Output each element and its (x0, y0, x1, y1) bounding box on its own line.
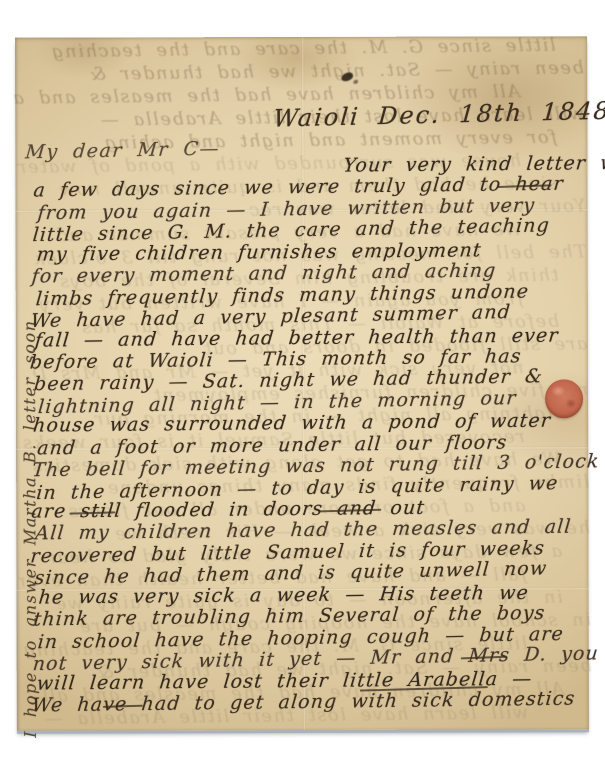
wax-seal (545, 379, 583, 418)
ink-blot (340, 71, 354, 82)
letter-line: We have had to get along with sick domes… (32, 688, 575, 716)
dateline: Waioli Dec. 18th 1848 (272, 97, 605, 133)
bleedthrough-line: been rainy — Sat. night we had thunder & (12, 56, 584, 86)
bleedthrough-line: little since G. M. the care and the teac… (11, 33, 583, 63)
letter-scan: little since G. M. the care and the teac… (0, 0, 605, 771)
ink-blot (353, 79, 359, 84)
letter-page: little since G. M. the care and the teac… (15, 36, 589, 730)
margin-note: I hope to answer Martha B. letter soon (20, 319, 40, 737)
letter-body: Your very kind letter was reca few days … (33, 155, 574, 714)
